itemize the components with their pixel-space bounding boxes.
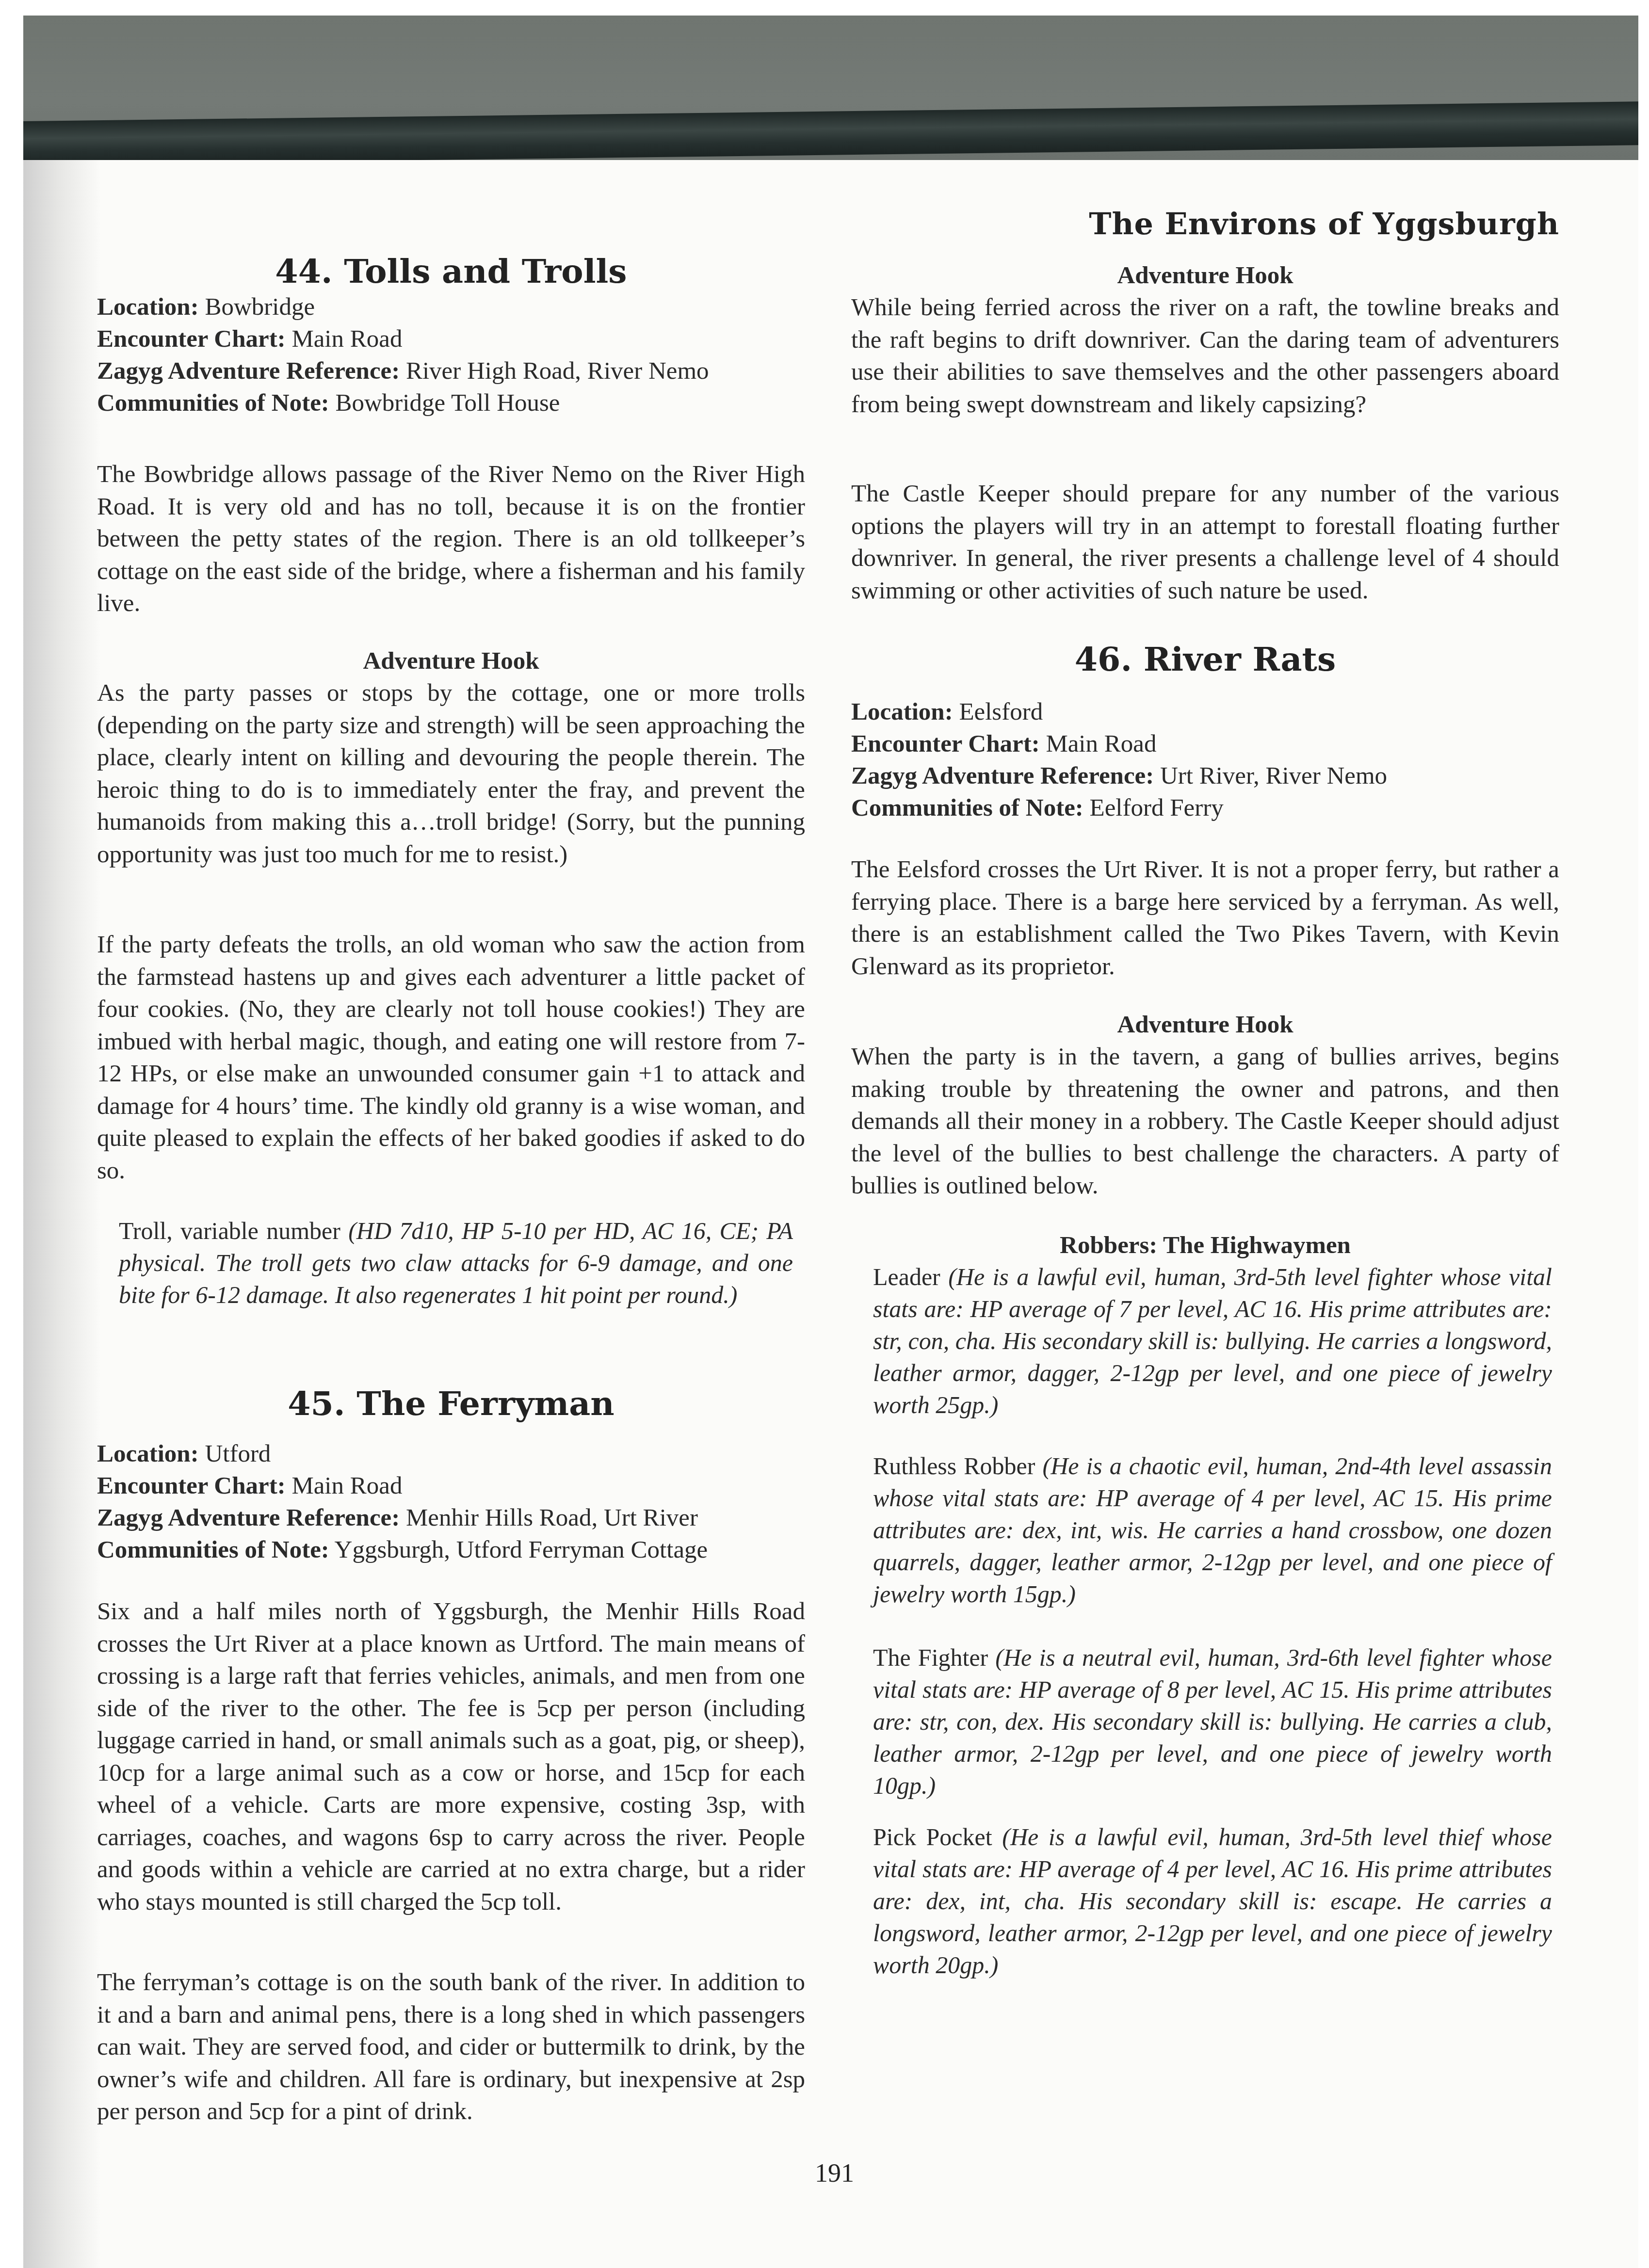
meta-location: Location: Utford: [97, 1438, 805, 1470]
troll-stat-block: Troll, variable number (HD 7d10, HP 5-10…: [119, 1215, 793, 1311]
section-45-cottage: The ferryman’s cottage is on the south b…: [97, 1966, 805, 2128]
section-46-title: 46. River Rats: [851, 640, 1559, 679]
meta-encounter-chart: Encounter Chart: Main Road: [97, 323, 805, 355]
section-44-meta: Location: Bowbridge Encounter Chart: Mai…: [97, 291, 805, 419]
gutter-shadow: [23, 160, 101, 2268]
npc-ruthless-robber: Ruthless Robber (He is a chaotic evil, h…: [873, 1450, 1552, 1610]
meta-communities: Communities of Note: Yggsburgh, Utford F…: [97, 1534, 805, 1566]
section-45-hook: While being ferried across the river on …: [851, 291, 1559, 420]
npc-leader: Leader (He is a lawful evil, human, 3rd-…: [873, 1261, 1552, 1421]
meta-zagyg-reference: Zagyg Adventure Reference: Menhir Hills …: [97, 1502, 805, 1534]
section-44-hook: As the party passes or stops by the cott…: [97, 677, 805, 870]
section-44-hook-title: Adventure Hook: [97, 645, 805, 677]
meta-encounter-chart: Encounter Chart: Main Road: [97, 1470, 805, 1502]
meta-location: Location: Eelsford: [851, 696, 1559, 728]
section-45-hook-title: Adventure Hook: [851, 259, 1559, 291]
section-44-intro: The Bowbridge allows passage of the Rive…: [97, 458, 805, 620]
meta-location: Location: Bowbridge: [97, 291, 805, 323]
page-number: 191: [815, 2158, 854, 2188]
meta-zagyg-reference: Zagyg Adventure Reference: Urt River, Ri…: [851, 760, 1559, 792]
meta-communities: Communities of Note: Bowbridge Toll Hous…: [97, 387, 805, 419]
section-45-title: 45. The Ferryman: [97, 1384, 805, 1423]
meta-zagyg-reference: Zagyg Adventure Reference: River High Ro…: [97, 355, 805, 387]
section-44-title: 44. Tolls and Trolls: [97, 252, 805, 291]
section-46-hook: When the party is in the tavern, a gang …: [851, 1041, 1559, 1202]
section-45-meta: Location: Utford Encounter Chart: Main R…: [97, 1438, 805, 1566]
npc-fighter: The Fighter (He is a neutral evil, human…: [873, 1641, 1552, 1802]
meta-communities: Communities of Note: Eelford Ferry: [851, 792, 1559, 824]
highwaymen-title: Robbers: The Highwaymen: [851, 1229, 1559, 1261]
meta-encounter-chart: Encounter Chart: Main Road: [851, 728, 1559, 760]
running-head: The Environs of Yggsburgh: [1089, 206, 1559, 241]
npc-pick-pocket: Pick Pocket (He is a lawful evil, human,…: [873, 1821, 1552, 1981]
section-45-ck-note: The Castle Keeper should prepare for any…: [851, 478, 1559, 607]
section-44-aftermath: If the party defeats the trolls, an old …: [97, 929, 805, 1187]
section-46-intro: The Eelsford crosses the Urt River. It i…: [851, 853, 1559, 982]
section-45-body: Six and a half miles north of Yggsburgh,…: [97, 1595, 805, 1918]
section-46-hook-title: Adventure Hook: [851, 1009, 1559, 1041]
section-46-meta: Location: Eelsford Encounter Chart: Main…: [851, 696, 1559, 824]
